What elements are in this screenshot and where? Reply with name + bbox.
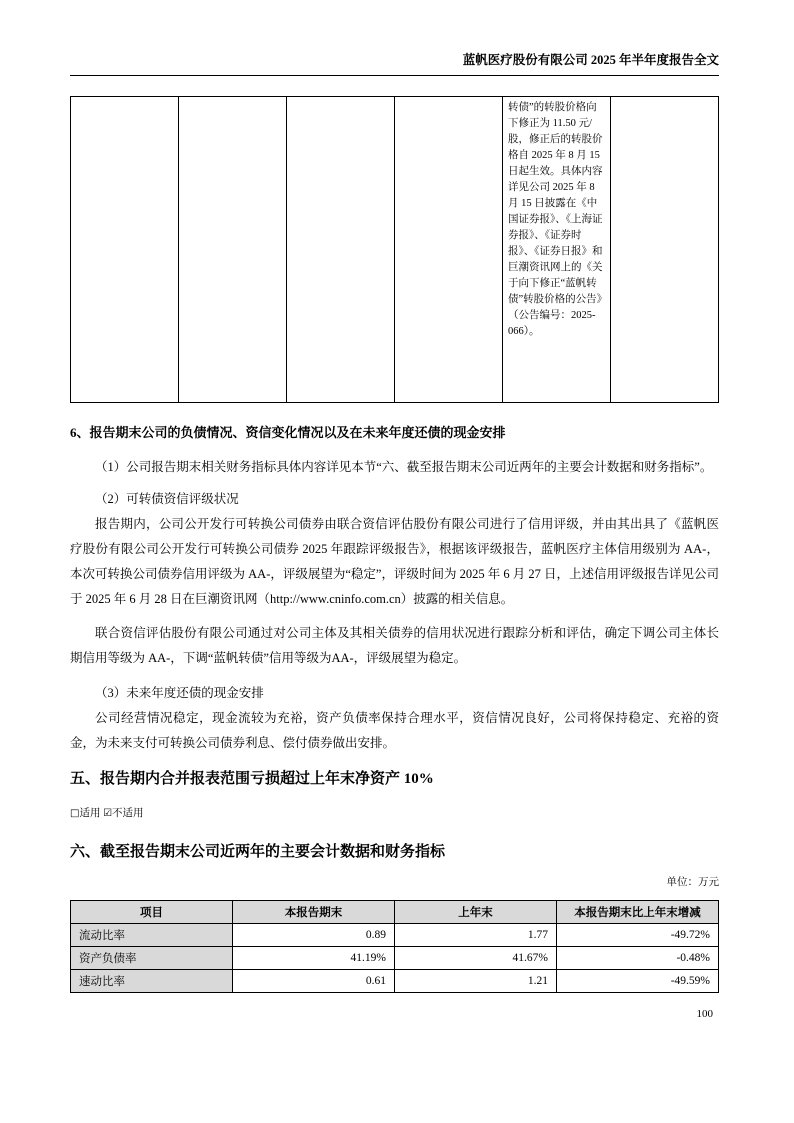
row-prior-value: 41.67% xyxy=(395,947,557,970)
table-cell-empty-2 xyxy=(179,97,287,403)
table-cell-empty-4 xyxy=(395,97,503,403)
table-cell-empty-1 xyxy=(71,97,179,403)
section-five-heading: 五、报告期内合并报表范围亏损超过上年末净资产 10% xyxy=(70,769,719,789)
paragraph-indicators: （1）公司报告期末相关财务指标具体内容详见本节“六、截至报告期末公司近两年的主要… xyxy=(70,455,719,480)
report-page: 蓝帆医疗股份有限公司 2025 年半年度报告全文 转债”的转股价格向下修正为 1… xyxy=(0,0,794,1123)
column-header-prior-year: 上年末 xyxy=(395,901,557,924)
debt-section-heading: 6、报告期末公司的负债情况、资信变化情况以及在未来年度还债的现金安排 xyxy=(70,424,719,441)
table-row: 转债”的转股价格向下修正为 11.50 元/股，修正后的转股价格自 2025 年… xyxy=(71,97,719,403)
row-item-label: 资产负债率 xyxy=(71,947,233,970)
cash-arrangement-subheading: （3）未来年度还债的现金安排 xyxy=(70,681,719,706)
table-row: 流动比率 0.89 1.77 -49.72% xyxy=(71,924,719,947)
paragraph-cash-arrangement: 公司经营情况稳定，现金流较为充裕，资产负债率保持合理水平，资信情况良好，公司将保… xyxy=(70,706,719,756)
column-header-current-period: 本报告期末 xyxy=(233,901,395,924)
unit-note: 单位：万元 xyxy=(70,876,719,890)
applicability-line: □适用 ☑不适用 xyxy=(70,807,719,821)
report-title: 蓝帆医疗股份有限公司 2025 年半年度报告全文 xyxy=(463,53,719,67)
continuation-table: 转债”的转股价格向下修正为 11.50 元/股，修正后的转股价格自 2025 年… xyxy=(70,96,719,403)
table-row: 资产负债率 41.19% 41.67% -0.48% xyxy=(71,947,719,970)
row-item-label: 速动比率 xyxy=(71,970,233,993)
row-current-value: 0.89 xyxy=(233,924,395,947)
financial-indicators-table: 项目 本报告期末 上年末 本报告期末比上年末增减 流动比率 0.89 1.77 … xyxy=(70,900,719,993)
column-header-change: 本报告期末比上年末增减 xyxy=(557,901,719,924)
credit-rating-subheading: （2）可转债资信评级状况 xyxy=(70,487,719,512)
page-header: 蓝帆医疗股份有限公司 2025 年半年度报告全文 xyxy=(70,0,719,76)
paragraph-rating-downgrade: 联合资信评估股份有限公司通过对公司主体及其相关债券的信用状况进行跟踪分析和评估，… xyxy=(70,621,719,671)
bond-conversion-note: 转债”的转股价格向下修正为 11.50 元/股，修正后的转股价格自 2025 年… xyxy=(503,97,610,343)
row-current-value: 0.61 xyxy=(233,970,395,993)
table-cell-empty-6 xyxy=(611,97,719,403)
row-prior-value: 1.77 xyxy=(395,924,557,947)
column-header-item: 项目 xyxy=(71,901,233,924)
row-change-value: -0.48% xyxy=(557,947,719,970)
table-cell-note: 转债”的转股价格向下修正为 11.50 元/股，修正后的转股价格自 2025 年… xyxy=(503,97,611,403)
applicable-label: 适用 xyxy=(79,808,100,819)
not-applicable-label: 不适用 xyxy=(112,808,144,819)
row-current-value: 41.19% xyxy=(233,947,395,970)
row-item-label: 流动比率 xyxy=(71,924,233,947)
table-cell-empty-3 xyxy=(287,97,395,403)
paragraph-credit-rating: 报告期内，公司公开发行可转换公司债券由联合资信评估股份有限公司进行了信用评级，并… xyxy=(70,512,719,612)
not-applicable-checkbox-icon: ☑ xyxy=(103,808,112,819)
page-content: 蓝帆医疗股份有限公司 2025 年半年度报告全文 转债”的转股价格向下修正为 1… xyxy=(70,0,719,1021)
row-prior-value: 1.21 xyxy=(395,970,557,993)
row-change-value: -49.59% xyxy=(557,970,719,993)
table-header-row: 项目 本报告期末 上年末 本报告期末比上年末增减 xyxy=(71,901,719,924)
section-six-heading: 六、截至报告期末公司近两年的主要会计数据和财务指标 xyxy=(70,842,719,862)
row-change-value: -49.72% xyxy=(557,924,719,947)
table-row: 速动比率 0.61 1.21 -49.59% xyxy=(71,970,719,993)
page-number: 100 xyxy=(70,1007,719,1021)
